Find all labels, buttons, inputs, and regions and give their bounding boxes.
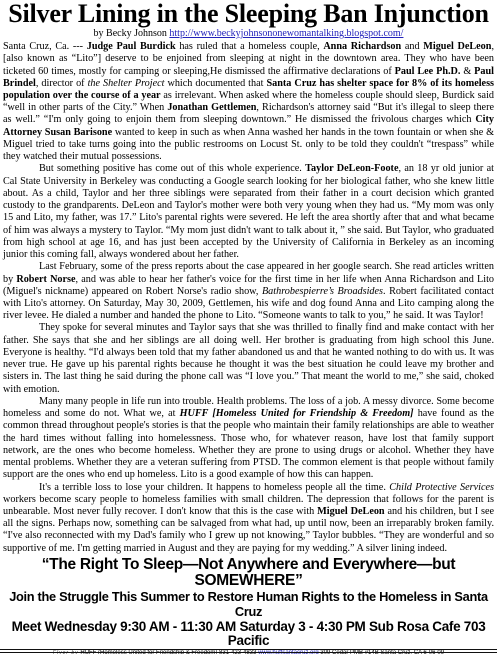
text-run: They spoke for several minutes and Taylo… (3, 322, 494, 394)
bottom-rule (0, 649, 497, 653)
text-run: , director of (36, 78, 88, 89)
banner-meet-line: Meet Wednesday 9:30 AM - 11:30 AM Saturd… (3, 620, 494, 650)
text-run: HUFF [Homeless United for Friendship & F… (180, 408, 414, 419)
text-run: which documented that (164, 78, 266, 89)
text-run: Judge Paul Burdick (87, 41, 176, 52)
text-run: Miguel DeLeon (423, 41, 491, 52)
text-run: and (401, 41, 423, 52)
text-run: the Shelter Project (88, 78, 165, 89)
text-run: Santa Cruz, Ca. --- (3, 41, 87, 52)
byline-link[interactable]: http://www.beckyjohnsononewomantalking.b… (169, 28, 403, 39)
text-run: , an 18 yr old junior at Cal State Unive… (3, 163, 494, 260)
banner: “The Right To Sleep—Not Anywhere and Eve… (3, 557, 494, 649)
article-paragraph: Santa Cruz, Ca. --- Judge Paul Burdick h… (3, 41, 494, 163)
text-run: Bathrobespierre’s Broadsides (262, 286, 383, 297)
text-run: Miguel DeLeon (317, 506, 384, 517)
article-paragraph: It's a terrible loss to lose your childr… (3, 482, 494, 555)
text-run: Jonathan Gettlemen (167, 102, 256, 113)
banner-quote: “The Right To Sleep—Not Anywhere and Eve… (3, 557, 494, 590)
text-run: It's a terrible loss to lose your childr… (39, 482, 389, 493)
text-run: & (460, 66, 474, 77)
byline-author: by Becky Johnson (94, 28, 170, 39)
flyer-page: Silver Lining in the Sleeping Ban Injunc… (0, 0, 497, 654)
text-run: Child Protective Services (389, 482, 494, 493)
page-title: Silver Lining in the Sleeping Ban Injunc… (3, 0, 494, 28)
text-run: Taylor DeLeon-Foote (305, 163, 398, 174)
banner-join-line: Join the Struggle This Summer to Restore… (3, 590, 494, 618)
text-run: Robert Norse (16, 274, 75, 285)
text-run: Paul Lee Ph.D. (395, 66, 461, 77)
article-body: Santa Cruz, Ca. --- Judge Paul Burdick h… (3, 41, 494, 555)
text-run: Anna Richardson (323, 41, 401, 52)
article-paragraph: Last February, some of the press reports… (3, 261, 494, 322)
text-run: But something positive has come out of t… (39, 163, 305, 174)
article-paragraph: Many many people in life run into troubl… (3, 396, 494, 482)
article-paragraph: They spoke for several minutes and Taylo… (3, 322, 494, 395)
article-paragraph: But something positive has come out of t… (3, 163, 494, 261)
byline: by Becky Johnson http://www.beckyjohnson… (3, 28, 494, 39)
text-run: has ruled that a homeless couple, (176, 41, 324, 52)
